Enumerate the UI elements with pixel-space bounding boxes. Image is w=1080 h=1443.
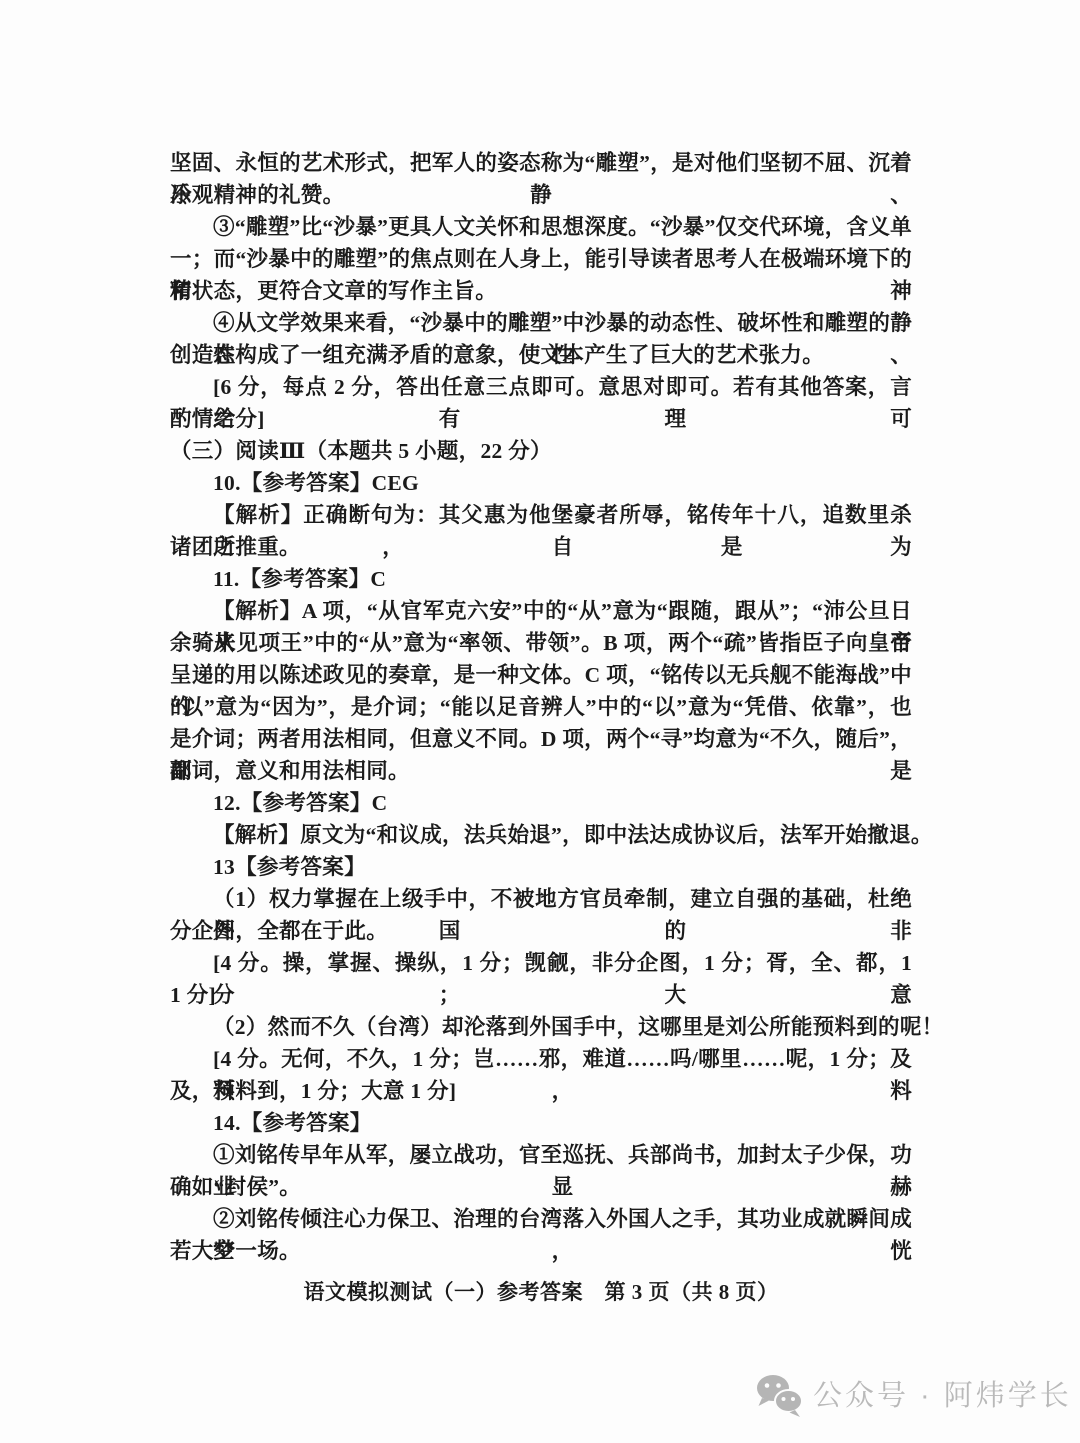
text-line: [4 分。无何，不久，1 分；岂……邪，难道……吗/哪里……呢，1 分；及料，料 — [170, 1043, 912, 1075]
text-line: （1）权力掌握在上级手中，不被地方官员牵制，建立自强的基础，杜绝外国的非 — [170, 883, 912, 915]
page-footer: 语文模拟测试（一）参考答案 第 3 页（共 8 页） — [170, 1276, 912, 1308]
text-line: 一；而“沙暴中的雕塑”的焦点则在人身上，能引导读者思考人在极端环境下的精神 — [170, 243, 912, 275]
text-line: 【解析】正确断句为：其父惠为他堡豪者所辱，铭传年十八，追数里杀之，自是为 — [170, 499, 912, 531]
watermark-text: 公众号 · 阿炜学长 — [813, 1374, 1072, 1418]
text-line: 创造性构成了一组充满矛盾的意象，使文本产生了巨大的艺术张力。 — [170, 339, 912, 371]
text-line: 12.【参考答案】C — [170, 787, 912, 819]
text-line: 余骑来见项王”中的“从”意为“率领、带领”。B 项，两个“疏”皆指臣子向皇帝 — [170, 627, 912, 659]
text-line: [4 分。操，掌握、操纵，1 分；觊觎，非分企图，1 分；胥，全、都，1 分；大… — [170, 947, 912, 979]
text-line: 14.【参考答案】 — [170, 1107, 912, 1139]
text-line: ③“雕塑”比“沙暴”更具人文关怀和思想深度。“沙暴”仅交代环境，含义单 — [170, 211, 912, 243]
text-line: （2）然而不久（台湾）却沦落到外国手中，这哪里是刘公所能预料到的呢！ — [170, 1011, 912, 1043]
text-line: “以”意为“因为”，是介词；“能以足音辨人”中的“以”意为“凭借、依靠”，也 — [170, 691, 912, 723]
text-line: 是介词；两者用法相同，但意义不同。D 项，两个“寻”均意为“不久，随后”，都是 — [170, 723, 912, 755]
wechat-icon — [756, 1374, 803, 1418]
text-line: ①刘铭传早年从军，屡立战功，官至巡抚、兵部尚书，加封太子少保，功业显赫 — [170, 1139, 912, 1171]
text-line: （三）阅读Ⅲ（本题共 5 小题，22 分） — [170, 435, 912, 467]
text-line: 11.【参考答案】C — [170, 563, 912, 595]
answer-text-block: 坚固、永恒的艺术形式，把军人的姿态称为“雕塑”，是对他们坚韧不屈、沉着冷静、乐观… — [170, 147, 912, 1267]
text-line: 10.【参考答案】CEG — [170, 467, 912, 499]
watermark: 公众号 · 阿炜学长 — [756, 1374, 1072, 1418]
text-line: [6 分，每点 2 分，答出任意三点即可。意思对即可。若有其他答案，言之有理可 — [170, 371, 912, 403]
scanned-answer-page: 坚固、永恒的艺术形式，把军人的姿态称为“雕塑”，是对他们坚韧不屈、沉着冷静、乐观… — [0, 0, 1080, 1443]
text-line: 【解析】A 项，“从官军克六安”中的“从”意为“跟随，跟从”；“沛公旦日从百 — [170, 595, 912, 627]
text-line: ②刘铭传倾注心力保卫、治理的台湾落入外国人之手，其功业成就瞬间成空，恍 — [170, 1203, 912, 1235]
text-line: 呈递的用以陈述政见的奏章，是一种文体。C 项，“铭传以无兵舰不能海战”中的 — [170, 659, 912, 691]
text-line: 13【参考答案】 — [170, 851, 912, 883]
text-line: 坚固、永恒的艺术形式，把军人的姿态称为“雕塑”，是对他们坚韧不屈、沉着冷静、 — [170, 147, 912, 179]
text-line: 【解析】原文为“和议成，法兵始退”，即中法达成协议后，法军开始撤退。 — [170, 819, 912, 851]
text-line: ④从文学效果来看，“沙暴中的雕塑”中沙暴的动态性、破坏性和雕塑的静态性、 — [170, 307, 912, 339]
